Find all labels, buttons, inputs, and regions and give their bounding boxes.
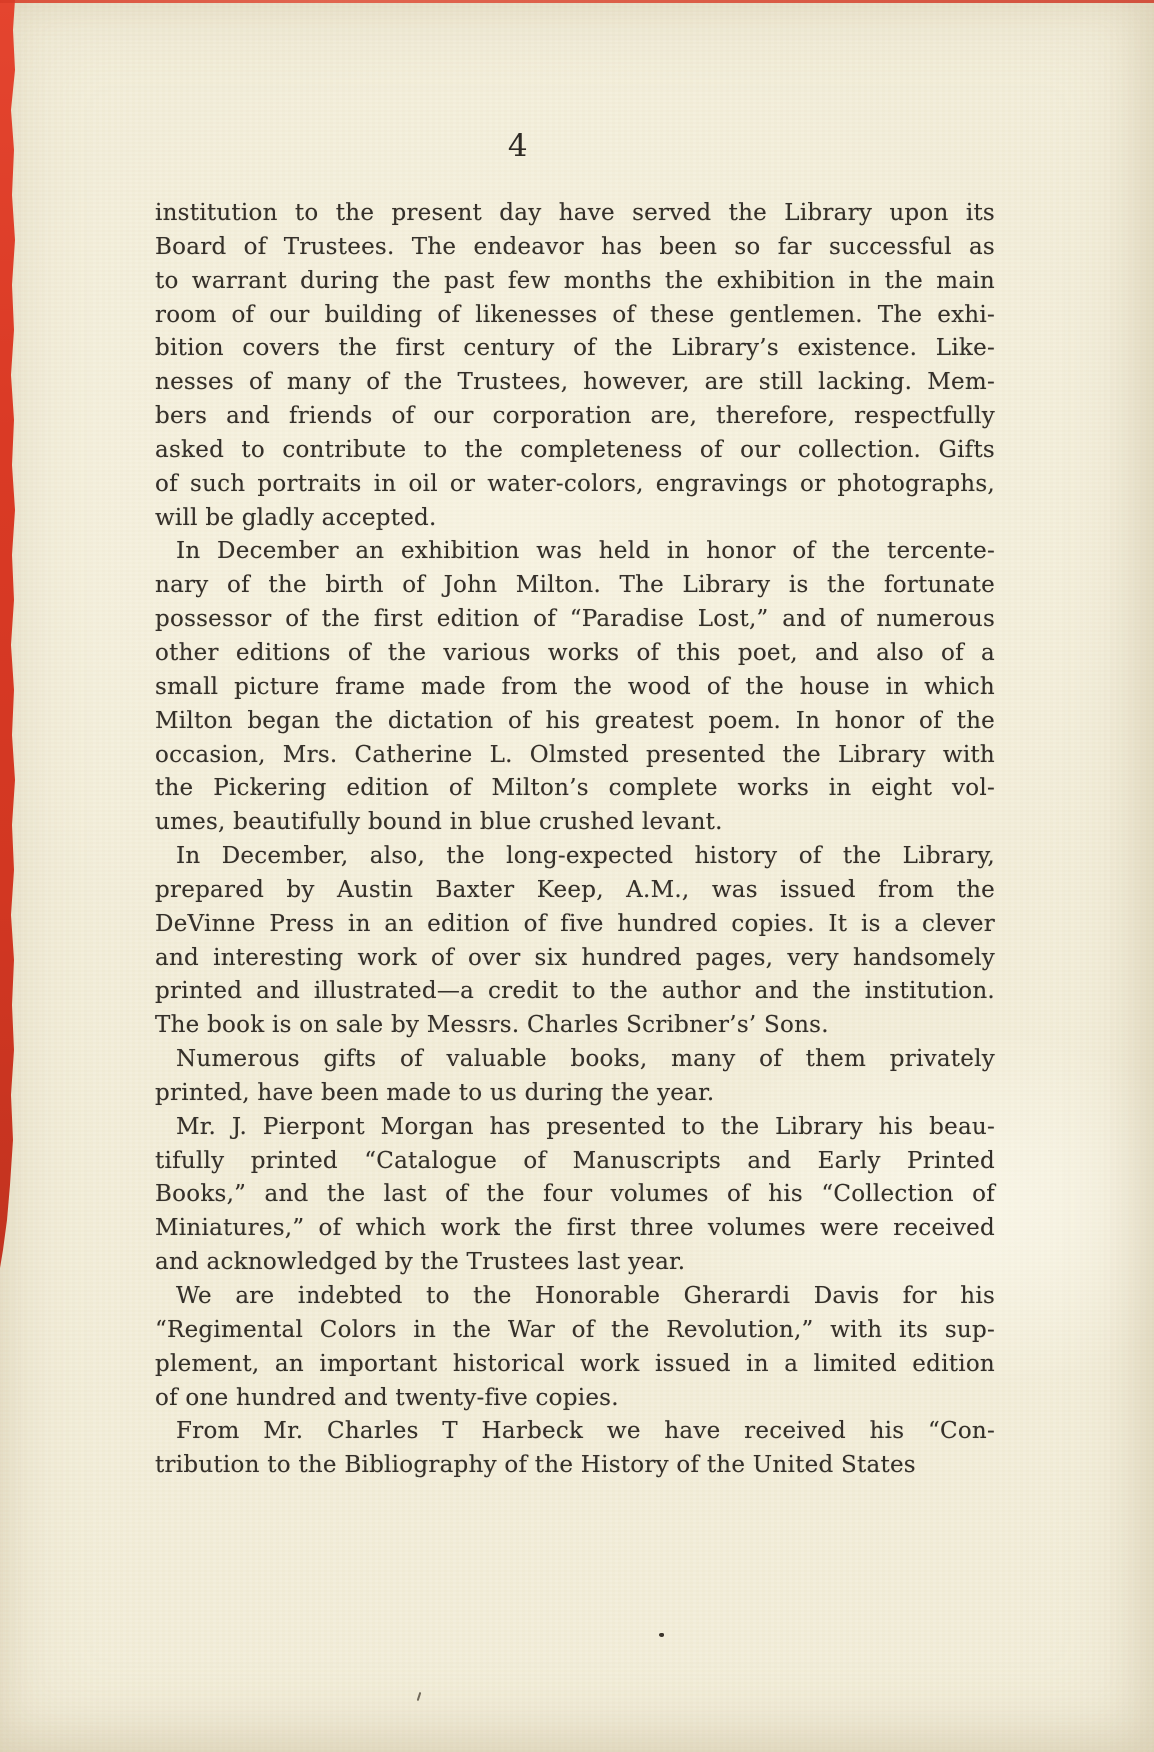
text-line: plement, an important historical work is… [155, 1348, 995, 1382]
text-line: small picture frame made from the wood o… [155, 671, 995, 705]
document-page: 4 institution to the present day have se… [0, 0, 1154, 1752]
text-line: occasion, Mrs. Catherine L. Olmsted pres… [155, 739, 995, 773]
text-line: to warrant during the past few months th… [155, 265, 995, 299]
text-line: Milton began the dictation of his greate… [155, 705, 995, 739]
scan-red-edge-top [0, 0, 1154, 3]
text-line: Mr. J. Pierpont Morgan has presented to … [155, 1111, 995, 1145]
text-line: bers and friends of our corporation are,… [155, 400, 995, 434]
text-line: of one hundred and twenty-five copies. [155, 1382, 995, 1416]
text-line: We are indebted to the Honorable Gherard… [155, 1280, 995, 1314]
text-line: Books,” and the last of the four volumes… [155, 1178, 995, 1212]
text-line: Miniatures,” of which work the first thr… [155, 1212, 995, 1246]
text-line: printed and illustrated—a credit to the … [155, 975, 995, 1009]
text-line: other editions of the various works of t… [155, 637, 995, 671]
text-line: The book is on sale by Messrs. Charles S… [155, 1009, 995, 1043]
text-line: room of our building of likenesses of th… [155, 299, 995, 333]
text-line: tribution to the Bibliography of the His… [155, 1449, 995, 1483]
text-line: From Mr. Charles T Harbeck we have recei… [155, 1415, 995, 1449]
text-line: nary of the birth of John Milton. The Li… [155, 569, 995, 603]
scan-red-edge-left [0, 0, 16, 1270]
ink-speck [417, 1692, 422, 1701]
ink-speck [659, 1633, 664, 1637]
text-line: will be gladly accepted. [155, 502, 995, 536]
text-line: umes, beautifully bound in blue crushed … [155, 806, 995, 840]
text-line: of such portraits in oil or water-colors… [155, 468, 995, 502]
text-line: and interesting work of over six hundred… [155, 942, 995, 976]
text-line: the Pickering edition of Milton’s comple… [155, 772, 995, 806]
page-number: 4 [0, 128, 1036, 164]
page-text: institution to the present day have serv… [155, 197, 995, 1483]
text-line: asked to contribute to the completeness … [155, 434, 995, 468]
text-line: and acknowledged by the Trustees last ye… [155, 1246, 995, 1280]
text-line: Board of Trustees. The endeavor has been… [155, 231, 995, 265]
text-line: In December, also, the long-expected his… [155, 840, 995, 874]
text-line: In December an exhibition was held in ho… [155, 535, 995, 569]
text-line: possessor of the first edition of “Parad… [155, 603, 995, 637]
text-line: tifully printed “Catalogue of Manuscript… [155, 1145, 995, 1179]
text-line: bition covers the first century of the L… [155, 332, 995, 366]
text-line: “Regimental Colors in the War of the Rev… [155, 1314, 995, 1348]
text-line: nesses of many of the Trustees, however,… [155, 366, 995, 400]
text-line: prepared by Austin Baxter Keep, A.M., wa… [155, 874, 995, 908]
text-line: Numerous gifts of valuable books, many o… [155, 1043, 995, 1077]
text-line: printed, have been made to us during the… [155, 1077, 995, 1111]
text-line: institution to the present day have serv… [155, 197, 995, 231]
text-line: DeVinne Press in an edition of five hund… [155, 908, 995, 942]
